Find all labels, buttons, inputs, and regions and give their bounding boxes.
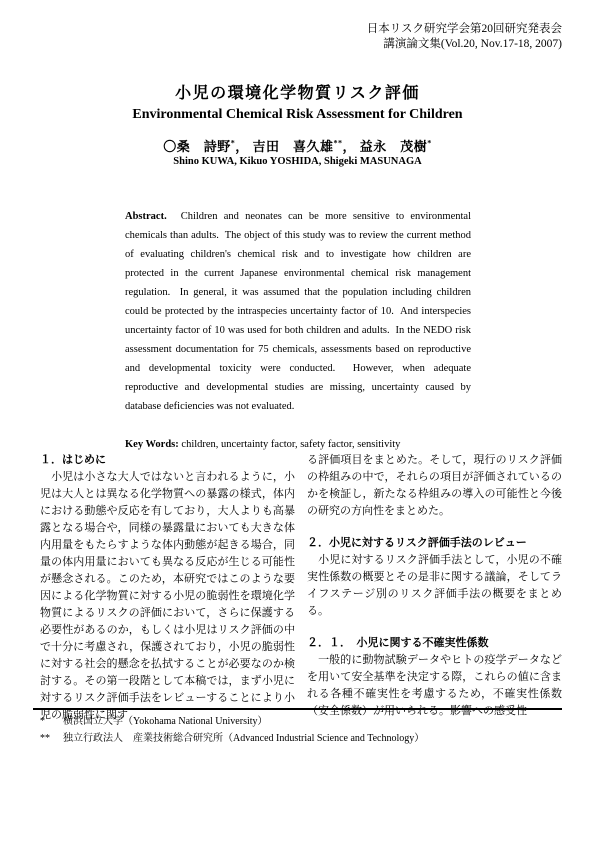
right-column: る評価項目をまとめた。そして，現行のリスク評価の枠組みの中で，それらの項目が評価…: [307, 452, 562, 724]
title-japanese: 小児の環境化学物質リスク評価: [0, 80, 595, 103]
footnote-rule: [33, 708, 562, 710]
abstract-paragraph: Abstract.Children and neonates can be mo…: [125, 207, 471, 416]
footnote-item: *横浜国立大学（Yokohama National University）: [33, 714, 562, 731]
author-affiliation-mark: **: [334, 139, 343, 148]
author: 吉田 喜久雄**，: [252, 139, 356, 154]
text-block: 小児に対するリスク評価手法として，小児の不確実性係数の概要とその是非に関する議論…: [307, 552, 562, 620]
author-separator: ，: [343, 139, 357, 154]
footnote-list: *横浜国立大学（Yokohama National University） **…: [33, 714, 562, 747]
text-block: る評価項目をまとめた。そして，現行のリスク評価の枠組みの中で，それらの項目が評価…: [307, 452, 562, 520]
text-block: ２．小児に対するリスク評価手法のレビュー: [307, 535, 562, 552]
keywords-label: Key Words:: [125, 439, 179, 450]
keywords-text: children, uncertainty factor, safety fac…: [181, 439, 400, 450]
abstract-section: Abstract.Children and neonates can be mo…: [125, 207, 471, 454]
abstract-body: Children and neonates can be more sensit…: [125, 211, 474, 412]
footnote-mark: *: [33, 714, 63, 731]
author-separator: ，: [235, 139, 249, 154]
author-name: 吉田 喜久雄: [252, 139, 333, 154]
author-name: 〇桑 詩野: [163, 139, 231, 154]
authors-english: Shino KUWA, Kikuo YOSHIDA, Shigeki MASUN…: [0, 156, 595, 167]
conference-name: 日本リスク研究学会第20回研究発表会: [367, 22, 562, 37]
abstract-label: Abstract.: [125, 211, 167, 222]
author: 益永 茂樹*: [360, 139, 432, 154]
paper-page: 日本リスク研究学会第20回研究発表会 講演論文集(Vol.20, Nov.17-…: [0, 0, 595, 842]
footnote-text: 独立行政法人 産業技術総合研究所（Advanced Industrial Sci…: [63, 731, 424, 748]
text-block: １．はじめに: [40, 452, 295, 469]
title-english: Environmental Chemical Risk Assessment f…: [0, 107, 595, 123]
author: 〇桑 詩野*，: [163, 139, 249, 154]
conference-header: 日本リスク研究学会第20回研究発表会 講演論文集(Vol.20, Nov.17-…: [367, 22, 562, 52]
text-block: 小児は小さな大人ではないと言われるように，小児は大人とは異なる化学物質への暴露の…: [40, 469, 295, 724]
footnote-area: *横浜国立大学（Yokohama National University） **…: [33, 708, 562, 747]
authors-japanese: 〇桑 詩野*， 吉田 喜久雄**， 益永 茂樹*: [0, 136, 595, 155]
author-affiliation-mark: *: [427, 139, 432, 148]
proceedings-info: 講演論文集(Vol.20, Nov.17-18, 2007): [367, 37, 562, 52]
footnote-mark: **: [33, 731, 63, 748]
author-name: 益永 茂樹: [360, 139, 428, 154]
left-column: １．はじめに 小児は小さな大人ではないと言われるように，小児は大人とは異なる化学…: [40, 452, 295, 724]
text-block: ２．１． 小児に関する不確実性係数: [307, 635, 562, 652]
body-columns: １．はじめに 小児は小さな大人ではないと言われるように，小児は大人とは異なる化学…: [40, 452, 562, 724]
footnote-item: **独立行政法人 産業技術総合研究所（Advanced Industrial S…: [33, 731, 562, 748]
footnote-text: 横浜国立大学（Yokohama National University）: [63, 714, 268, 731]
